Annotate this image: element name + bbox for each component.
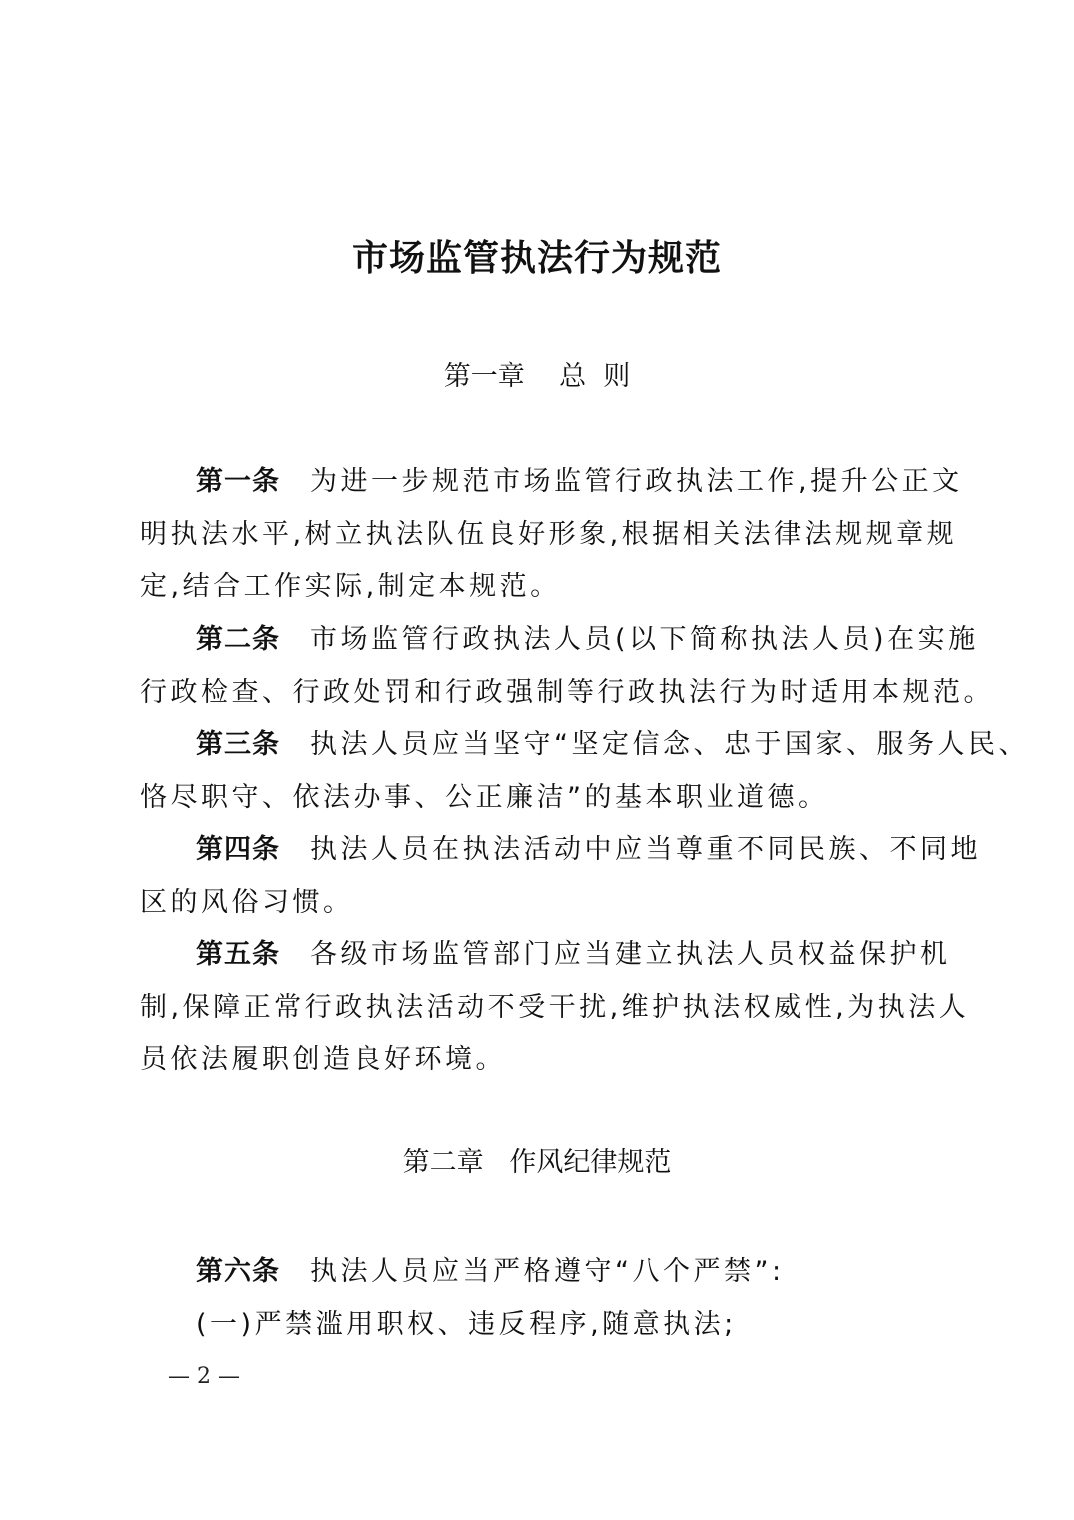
article-2: 第二条市场监管行政执法人员(以下简称执法人员)在实施 行政检查、行政处罚和行政强… xyxy=(140,614,940,719)
article-text: 各级市场监管部门应当建立执法人员权益保护机 xyxy=(310,939,951,970)
article-text: 区的风俗习惯。 xyxy=(140,877,940,930)
document-page: 市场监管执法行为规范 第一章 总 则 第一条为进一步规范市场监管行政执法工作,提… xyxy=(0,0,1074,1520)
article-6: 第六条执法人员应当严格遵守“八个严禁”: xyxy=(140,1246,940,1299)
article-text: 为进一步规范市场监管行政执法工作,提升公正文 xyxy=(310,466,963,497)
article-label: 第六条 xyxy=(196,1256,280,1287)
article-text: 制,保障正常行政执法活动不受干扰,维护执法权威性,为执法人 xyxy=(140,982,940,1035)
article-label: 第五条 xyxy=(196,939,280,970)
article-text: 市场监管行政执法人员(以下简称执法人员)在实施 xyxy=(310,624,979,655)
article-3: 第三条执法人员应当坚守“坚定信念、忠于国家、服务人民、 恪尽职守、依法办事、公正… xyxy=(140,719,940,824)
article-text: 执法人员应当严格遵守“八个严禁”: xyxy=(310,1256,785,1287)
article-text: 员依法履职创造良好环境。 xyxy=(140,1034,940,1087)
article-text: 恪尽职守、依法办事、公正廉洁”的基本职业道德。 xyxy=(140,772,940,825)
article-5: 第五条各级市场监管部门应当建立执法人员权益保护机 制,保障正常行政执法活动不受干… xyxy=(140,929,940,1087)
article-text: 执法人员在执法活动中应当尊重不同民族、不同地 xyxy=(310,834,981,865)
article-label: 第二条 xyxy=(196,624,280,655)
article-4: 第四条执法人员在执法活动中应当尊重不同民族、不同地 区的风俗习惯。 xyxy=(140,824,940,929)
article-text: 行政检查、行政处罚和行政强制等行政执法行为时适用本规范。 xyxy=(140,667,940,720)
article-label: 第三条 xyxy=(196,729,280,760)
article-text: 定,结合工作实际,制定本规范。 xyxy=(140,561,940,614)
list-item: (一)严禁滥用职权、违反程序,随意执法; xyxy=(196,1299,737,1352)
chapter-heading-1: 第一章 总 则 xyxy=(0,357,1074,397)
article-label: 第四条 xyxy=(196,834,280,865)
page-number: — 2 — xyxy=(168,1362,240,1392)
document-title: 市场监管执法行为规范 xyxy=(0,232,1074,284)
article-text: 明执法水平,树立执法队伍良好形象,根据相关法律法规规章规 xyxy=(140,509,940,562)
article-1: 第一条为进一步规范市场监管行政执法工作,提升公正文 明执法水平,树立执法队伍良好… xyxy=(140,456,940,614)
article-text: 执法人员应当坚守“坚定信念、忠于国家、服务人民、 xyxy=(310,729,1029,760)
article-label: 第一条 xyxy=(196,466,280,497)
chapter-heading-2: 第二章 作风纪律规范 xyxy=(0,1143,1074,1183)
